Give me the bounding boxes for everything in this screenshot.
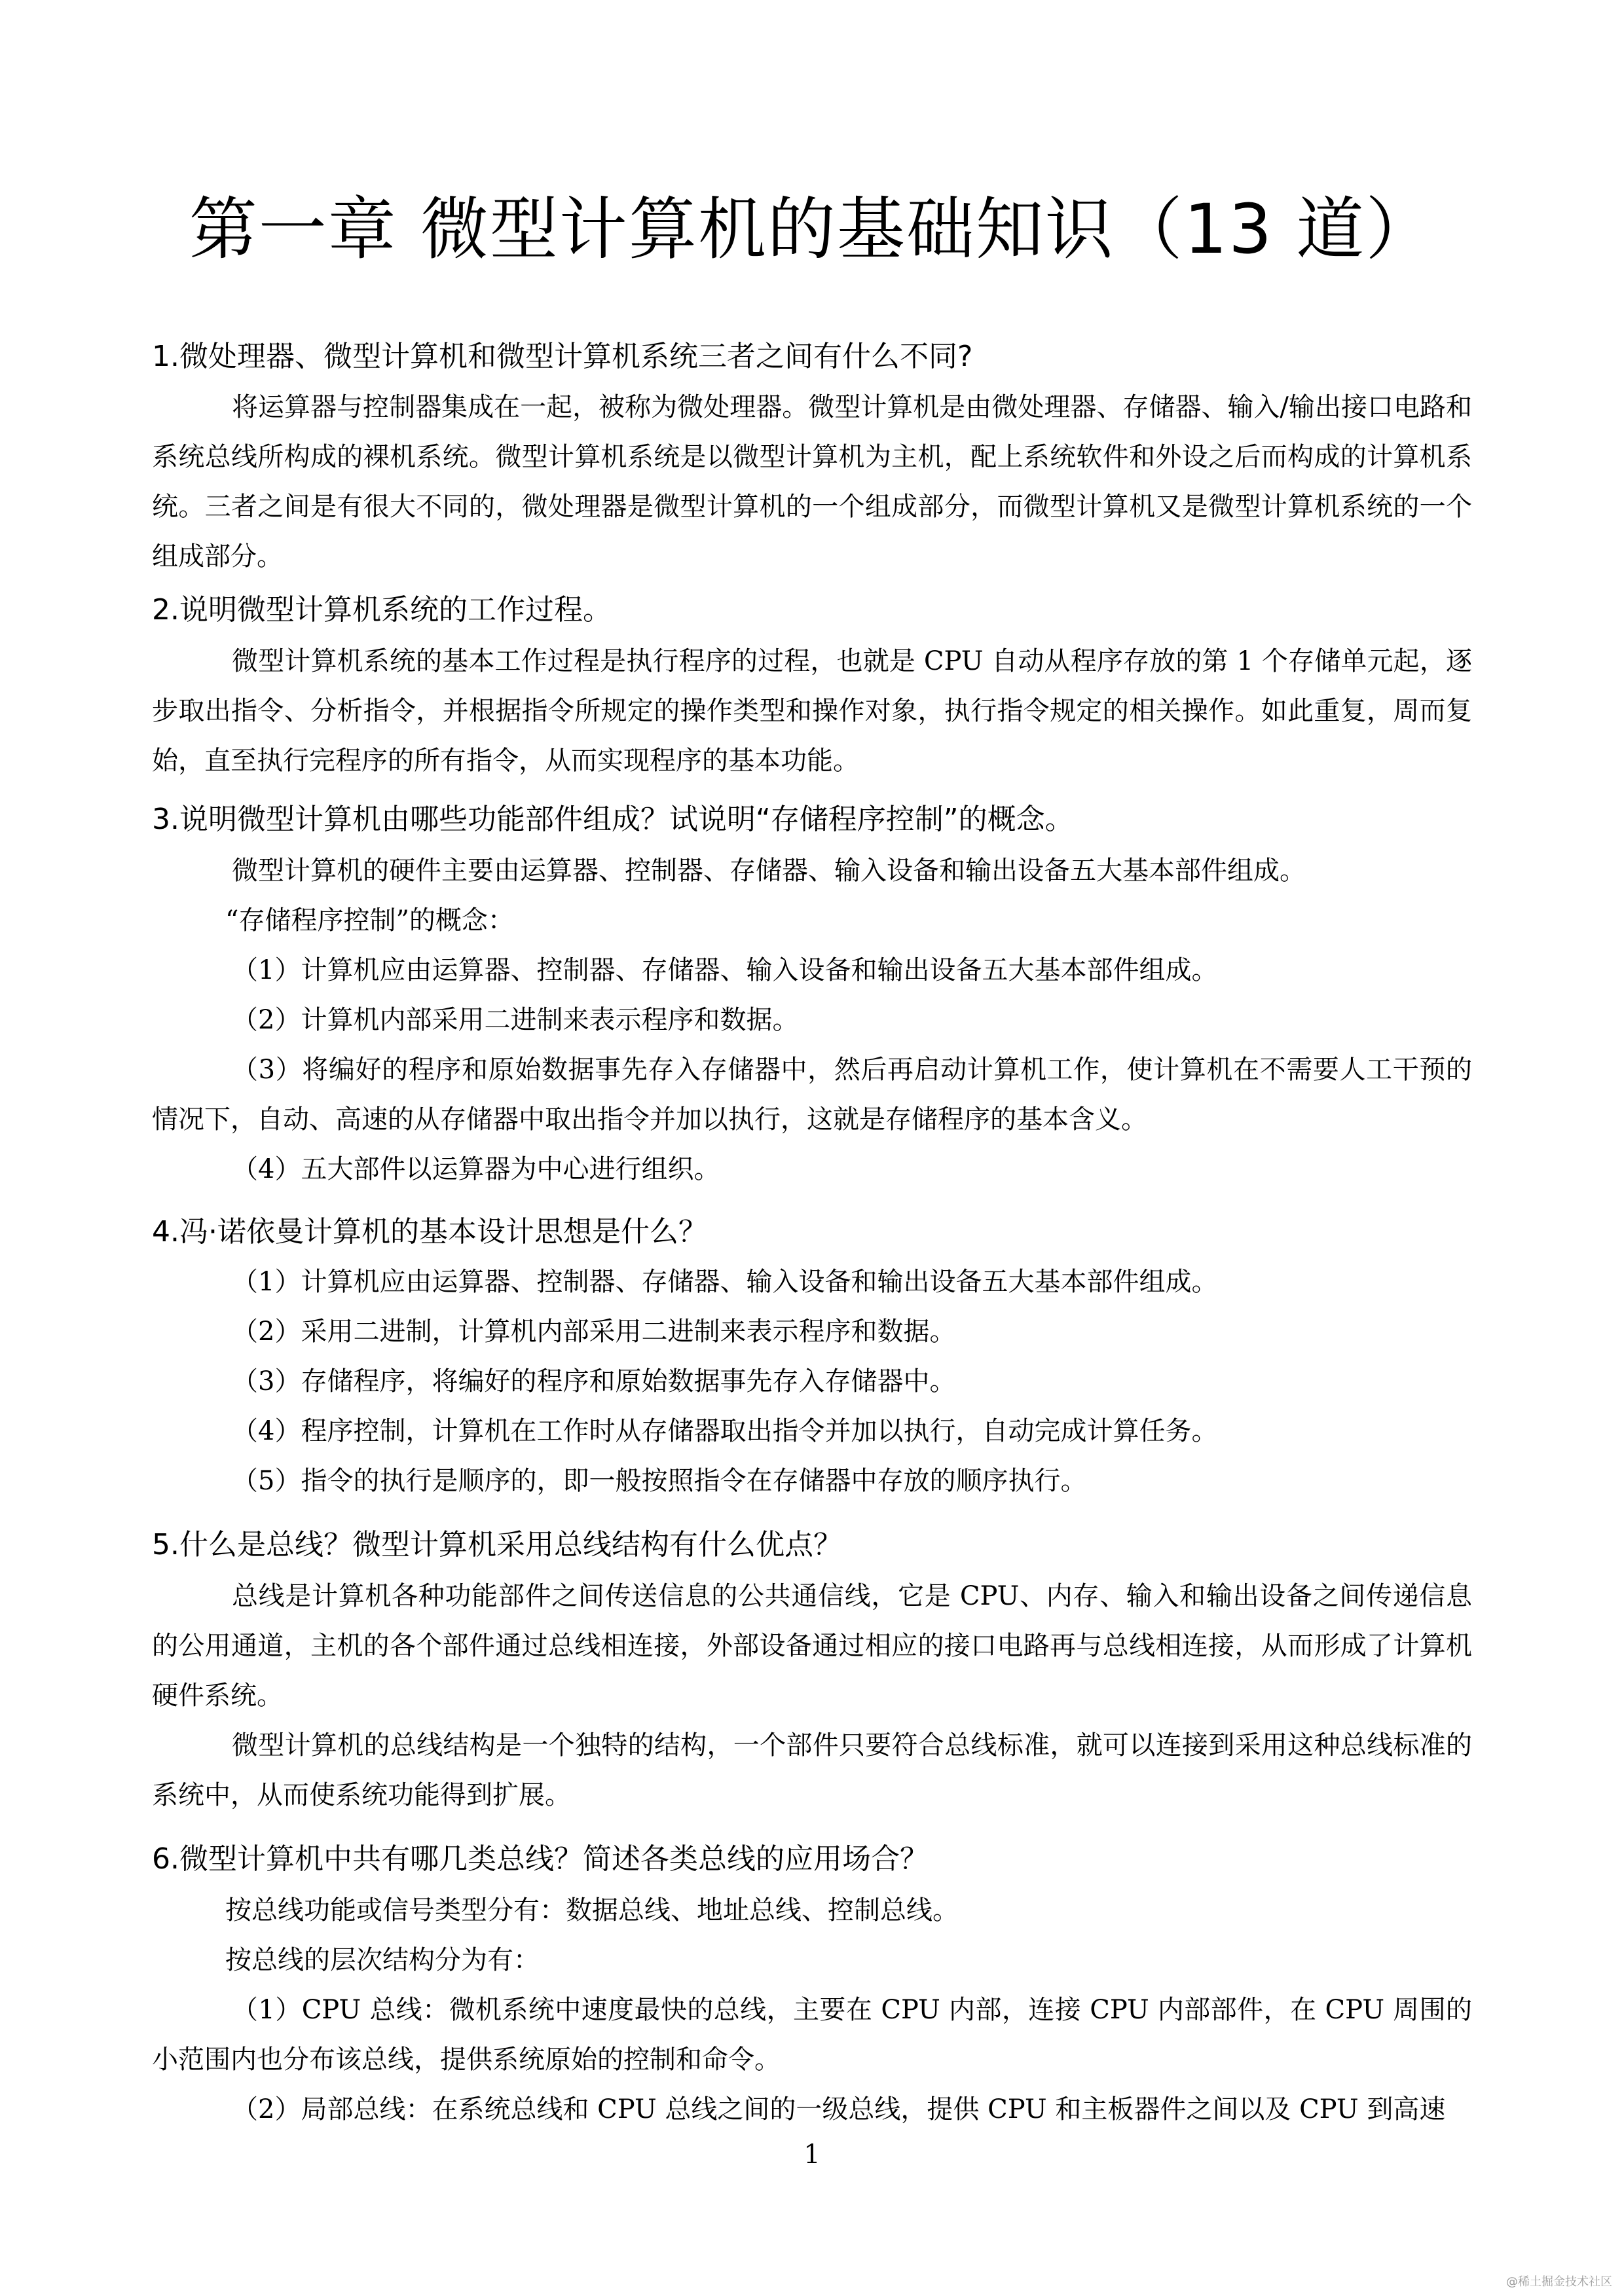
question-3-paragraph-1: 微型计算机的硬件主要由运算器、控制器、存储器、输入设备和输出设备五大基本部件组成… xyxy=(152,846,1472,896)
page-number: 1 xyxy=(0,2140,1624,2170)
question-6-item-1: （1）CPU 总线：微机系统中速度最快的总线，主要在 CPU 内部，连接 CPU… xyxy=(152,1985,1472,2085)
question-6-paragraph-2: 按总线的层次结构分为有： xyxy=(225,1935,540,1985)
question-3-item-2: （2）计算机内部采用二进制来表示程序和数据。 xyxy=(232,995,798,1045)
question-3-heading: 3.说明微型计算机由哪些功能部件组成？试说明“存储程序控制”的概念。 xyxy=(152,800,1074,839)
question-5-paragraph-2: 微型计算机的总线结构是一个独特的结构，一个部件只要符合总线标准，就可以连接到采用… xyxy=(152,1721,1472,1820)
watermark: @稀土掘金技术社区 xyxy=(1506,2272,1612,2289)
question-6-heading: 6.微型计算机中共有哪几类总线？简述各类总线的应用场合？ xyxy=(152,1840,929,1879)
question-4-heading: 4.冯·诺依曼计算机的基本设计思想是什么？ xyxy=(152,1212,707,1252)
question-3-paragraph-2: “存储程序控制”的概念： xyxy=(225,896,514,945)
question-4-item-1: （1）计算机应由运算器、控制器、存储器、输入设备和输出设备五大基本部件组成。 xyxy=(232,1257,1217,1307)
question-2-answer: 微型计算机系统的基本工作过程是执行程序的过程，也就是 CPU 自动从程序存放的第… xyxy=(152,636,1472,786)
question-2-heading: 2.说明微型计算机系统的工作过程。 xyxy=(152,591,612,630)
question-1-heading: 1.微处理器、微型计算机和微型计算机系统三者之间有什么不同? xyxy=(152,337,972,376)
question-3-item-4: （4）五大部件以运算器为中心进行组织。 xyxy=(232,1144,720,1194)
question-4-item-3: （3）存储程序，将编好的程序和原始数据事先存入存储器中。 xyxy=(232,1357,955,1406)
question-5-heading: 5.什么是总线？微型计算机采用总线结构有什么优点？ xyxy=(152,1525,842,1565)
chapter-title: 第一章 微型计算机的基础知识（13 道） xyxy=(0,187,1624,272)
question-3-item-3: （3）将编好的程序和原始数据事先存入存储器中，然后再启动计算机工作，使计算机在不… xyxy=(152,1045,1472,1144)
question-1-answer: 将运算器与控制器集成在一起，被称为微处理器。微型计算机是由微处理器、存储器、输入… xyxy=(152,382,1472,581)
question-5-paragraph-1: 总线是计算机各种功能部件之间传送信息的公共通信线，它是 CPU、内存、输入和输出… xyxy=(152,1571,1472,1721)
question-6-item-2: （2）局部总线：在系统总线和 CPU 总线之间的一级总线，提供 CPU 和主板器… xyxy=(232,2085,1445,2134)
question-4-item-2: （2）采用二进制，计算机内部采用二进制来表示程序和数据。 xyxy=(232,1307,955,1357)
question-4-item-5: （5）指令的执行是顺序的，即一般按照指令在存储器中存放的顺序执行。 xyxy=(232,1456,1086,1506)
question-4-item-4: （4）程序控制，计算机在工作时从存储器取出指令并加以执行，自动完成计算任务。 xyxy=(232,1406,1217,1456)
question-6-paragraph-1: 按总线功能或信号类型分有：数据总线、地址总线、控制总线。 xyxy=(225,1886,959,1935)
question-3-item-1: （1）计算机应由运算器、控制器、存储器、输入设备和输出设备五大基本部件组成。 xyxy=(232,945,1217,995)
document-page: 第一章 微型计算机的基础知识（13 道） 1.微处理器、微型计算机和微型计算机系… xyxy=(0,0,1624,2296)
